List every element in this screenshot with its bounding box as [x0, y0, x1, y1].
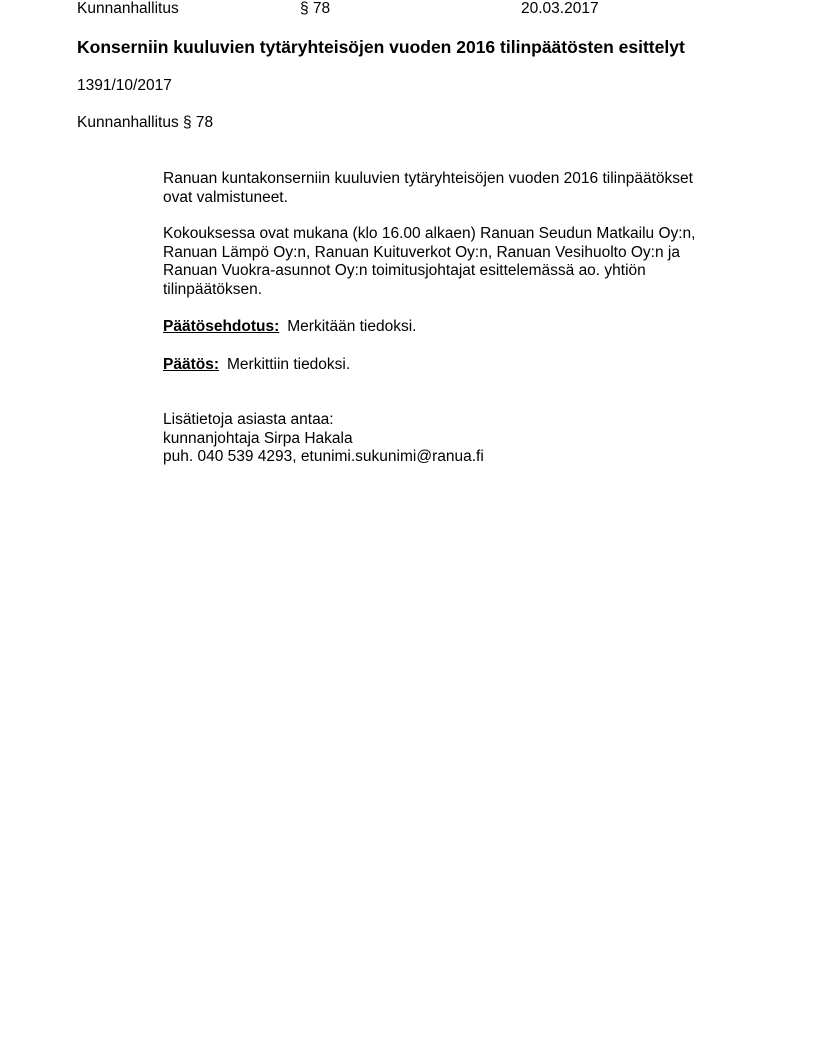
decision-label: Päätös:: [163, 356, 219, 373]
header-date: 20.03.2017: [521, 0, 599, 18]
decision-text: Merkittiin tiedoksi.: [227, 356, 350, 373]
decision: Päätös:Merkittiin tiedoksi.: [163, 356, 733, 375]
attendees-paragraph: Kokouksessa ovat mukana (klo 16.00 alkae…: [163, 225, 733, 299]
text-line: ovat valmistuneet.: [163, 189, 733, 208]
text-line: Ranuan Vuokra-asunnot Oy:n toimitusjohta…: [163, 262, 733, 281]
text-line: Ranuan kuntakonserniin kuuluvien tytäryh…: [163, 170, 733, 189]
contact-info: Lisätietoja asiasta antaa: kunnanjohtaja…: [163, 411, 733, 467]
contact-intro: Lisätietoja asiasta antaa:: [163, 411, 733, 430]
contact-person: kunnanjohtaja Sirpa Hakala: [163, 430, 733, 449]
header-section-number: § 78: [300, 0, 330, 18]
document-number: 1391/10/2017: [77, 77, 172, 95]
text-line: Ranuan Lämpö Oy:n, Ranuan Kuituverkot Oy…: [163, 244, 733, 263]
intro-paragraph: Ranuan kuntakonserniin kuuluvien tytäryh…: [163, 170, 733, 207]
proposal-text: Merkitään tiedoksi.: [287, 318, 416, 335]
text-line: tilinpäätöksen.: [163, 281, 733, 300]
proposal-label: Päätösehdotus:: [163, 318, 279, 335]
decision-proposal: Päätösehdotus:Merkitään tiedoksi.: [163, 318, 733, 337]
text-line: Kokouksessa ovat mukana (klo 16.00 alkae…: [163, 225, 733, 244]
header-body-name: Kunnanhallitus: [77, 0, 179, 18]
contact-details: puh. 040 539 4293, etunimi.sukunimi@ranu…: [163, 448, 733, 467]
section-reference: Kunnanhallitus § 78: [77, 114, 213, 132]
document-title: Konserniin kuuluvien tytäryhteisöjen vuo…: [77, 36, 685, 58]
